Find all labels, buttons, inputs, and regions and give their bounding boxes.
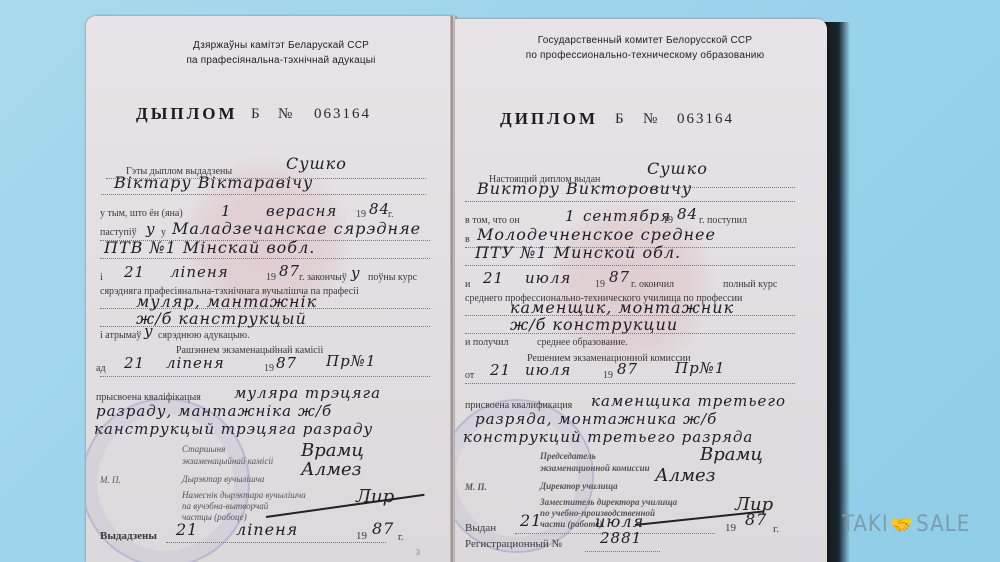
enroll-day: 1: [221, 202, 232, 220]
director-label: Директор училища: [540, 481, 618, 491]
series-letter: Б: [251, 106, 262, 123]
number-sign: №: [278, 106, 294, 123]
full-course-label: поўны курс: [368, 272, 417, 283]
enroll-day: 1: [565, 207, 576, 225]
school-line-1: Молодечненское среднее: [477, 225, 716, 244]
entered-label: паступіў: [100, 227, 137, 238]
entered-in: в: [465, 234, 470, 245]
number-sign: №: [643, 111, 659, 128]
grad-year: 87: [609, 268, 630, 286]
qualification-line-1: муляра трэцяга: [234, 384, 381, 402]
decision-month: июля: [525, 361, 571, 379]
takisale-watermark: TAKI🤝SALE: [842, 512, 970, 537]
series-letter: Б: [615, 111, 626, 128]
decision-year-prefix: 19: [603, 370, 613, 381]
enroll-year: 84: [677, 205, 698, 223]
registration-label: Регистрационный №: [465, 538, 562, 550]
finished-label: г. закончыў: [299, 272, 347, 283]
surname: Сушко: [286, 154, 347, 173]
diploma-title: ДЫПЛОМ: [136, 104, 238, 124]
enroll-year: 84: [369, 200, 390, 218]
finished-mark: у: [351, 264, 361, 282]
issued-day: 21: [520, 511, 542, 530]
school-line-2: ПТВ №1 Мінскай вобл.: [104, 238, 315, 257]
issued-year: 87: [372, 519, 394, 538]
deputy-label-1: Заместитель директора училища: [540, 497, 677, 507]
chair-label-1: Старшыня: [182, 444, 225, 454]
issued-year-suffix: г.: [773, 523, 779, 535]
received-rest: среднее образование.: [537, 337, 628, 348]
issued-month: ліпеня: [236, 520, 298, 539]
grad-year-prefix: 19: [266, 272, 276, 283]
chair-label-2: экзаменацыйнай камісіі: [182, 456, 273, 466]
issued-year-suffix: г.: [398, 532, 403, 543]
chair-signature: Врамц: [700, 444, 763, 465]
deputy-label-3: части (работе): [540, 519, 602, 529]
grad-day: 21: [124, 263, 145, 281]
qualification-line-3: канструкцый трэцяга разраду: [94, 420, 373, 438]
stamp-place-label: М. П.: [100, 475, 121, 485]
diploma-page-belarusian: Дзяржаўны камітэт Беларускай ССР па праф…: [86, 16, 454, 562]
full-course-label: полный курс: [723, 279, 777, 290]
director-label: Дырэктар вучылішча: [182, 474, 264, 484]
entered-in: у: [161, 227, 166, 238]
header-line-2: по профессионально-техническому образова…: [495, 48, 795, 63]
grad-prefix: і: [100, 272, 103, 283]
stamp-place-label: М. П.: [465, 482, 487, 492]
entered-mark: у: [146, 220, 156, 238]
registration-number: 2881: [600, 529, 642, 547]
decision-from: ад: [96, 363, 106, 374]
decision-year: 87: [276, 354, 297, 372]
director-signature: Алмез: [301, 459, 362, 480]
chair-label-2: экзаменационной комиссии: [540, 463, 650, 473]
received-rest: сярэднюю адукацыю.: [158, 330, 250, 341]
qualification-line-1: каменщика третьего: [591, 392, 786, 410]
surname: Сушко: [647, 159, 708, 178]
director-signature: Алмез: [655, 465, 716, 486]
school-line-1: Маладзечанскае сярэдняе: [172, 219, 421, 238]
grad-month: ліпеня: [170, 263, 229, 281]
school-line-2: ПТУ №1 Минской обл.: [475, 243, 681, 262]
received-label: і атрымаў: [100, 330, 141, 341]
handshake-icon: 🤝: [891, 515, 914, 536]
issued-day: 21: [176, 520, 198, 539]
qualification-line-2: разраду, мантажніка ж/б: [96, 402, 332, 420]
grad-year: 87: [279, 262, 300, 280]
name-patronymic: Виктору Викторовичу: [477, 179, 692, 198]
watermark-text-right: SALE: [916, 512, 970, 537]
header-line-1: Дзяржаўны камітэт Беларускай ССР: [146, 38, 416, 53]
decision-from: от: [465, 370, 474, 381]
enroll-month: сентября: [583, 207, 671, 225]
decision-month: ліпеня: [166, 354, 225, 372]
decision-protocol: Пр№1: [675, 359, 725, 377]
diploma-number: 063164: [314, 106, 371, 123]
decision-day: 21: [490, 361, 511, 379]
diploma-title: ДИПЛОМ: [500, 109, 598, 129]
grad-prefix: и: [465, 279, 470, 290]
issued-year-prefix: 19: [725, 522, 736, 534]
decision-year-prefix: 19: [264, 363, 274, 374]
issued-year: 87: [745, 510, 767, 529]
decision-day: 21: [124, 354, 145, 372]
header-line-1: Государственный комитет Белорусской ССР: [495, 33, 795, 48]
header-line-2: па прафесіянальна-тэхнічнай адукацыі: [146, 53, 416, 68]
diploma-page-russian: Государственный комитет Белорусской ССР …: [455, 19, 827, 562]
enroll-label: у тым, што ён (яна): [100, 208, 183, 219]
grad-year-prefix: 19: [595, 279, 605, 290]
enroll-month: верасня: [266, 202, 337, 220]
grad-month: июля: [525, 269, 571, 287]
deputy-label-1: Намеснік дырэктара вучылішча: [182, 490, 306, 500]
received-mark: у: [144, 322, 154, 340]
chair-signature: Врамц: [301, 440, 364, 461]
decision-protocol: Пр№1: [326, 352, 376, 370]
deputy-label-2: па вучэбна-вытворчай: [182, 501, 268, 511]
diploma-number: 063164: [677, 111, 734, 128]
profession-line-2: ж/б канструкцый: [136, 309, 307, 328]
page-number: 3: [416, 548, 420, 557]
profession-line-2: ж/б конструкции: [510, 315, 678, 334]
finished-label: г. окончил: [631, 279, 674, 290]
watermark-text-left: TAKI: [842, 512, 889, 537]
chair-label-1: Председатель: [540, 451, 596, 461]
grad-day: 21: [483, 269, 504, 287]
decision-year: 87: [617, 360, 638, 378]
received-label: и получил: [465, 337, 508, 348]
issued-year-prefix: 19: [356, 530, 367, 542]
qualification-line-2: разряда, монтажника ж/б: [475, 410, 717, 428]
issued-date-label: Выдадзены: [100, 530, 157, 542]
name-patronymic: Віктару Віктаравічу: [114, 173, 313, 192]
issued-date-label: Выдан: [465, 522, 496, 534]
